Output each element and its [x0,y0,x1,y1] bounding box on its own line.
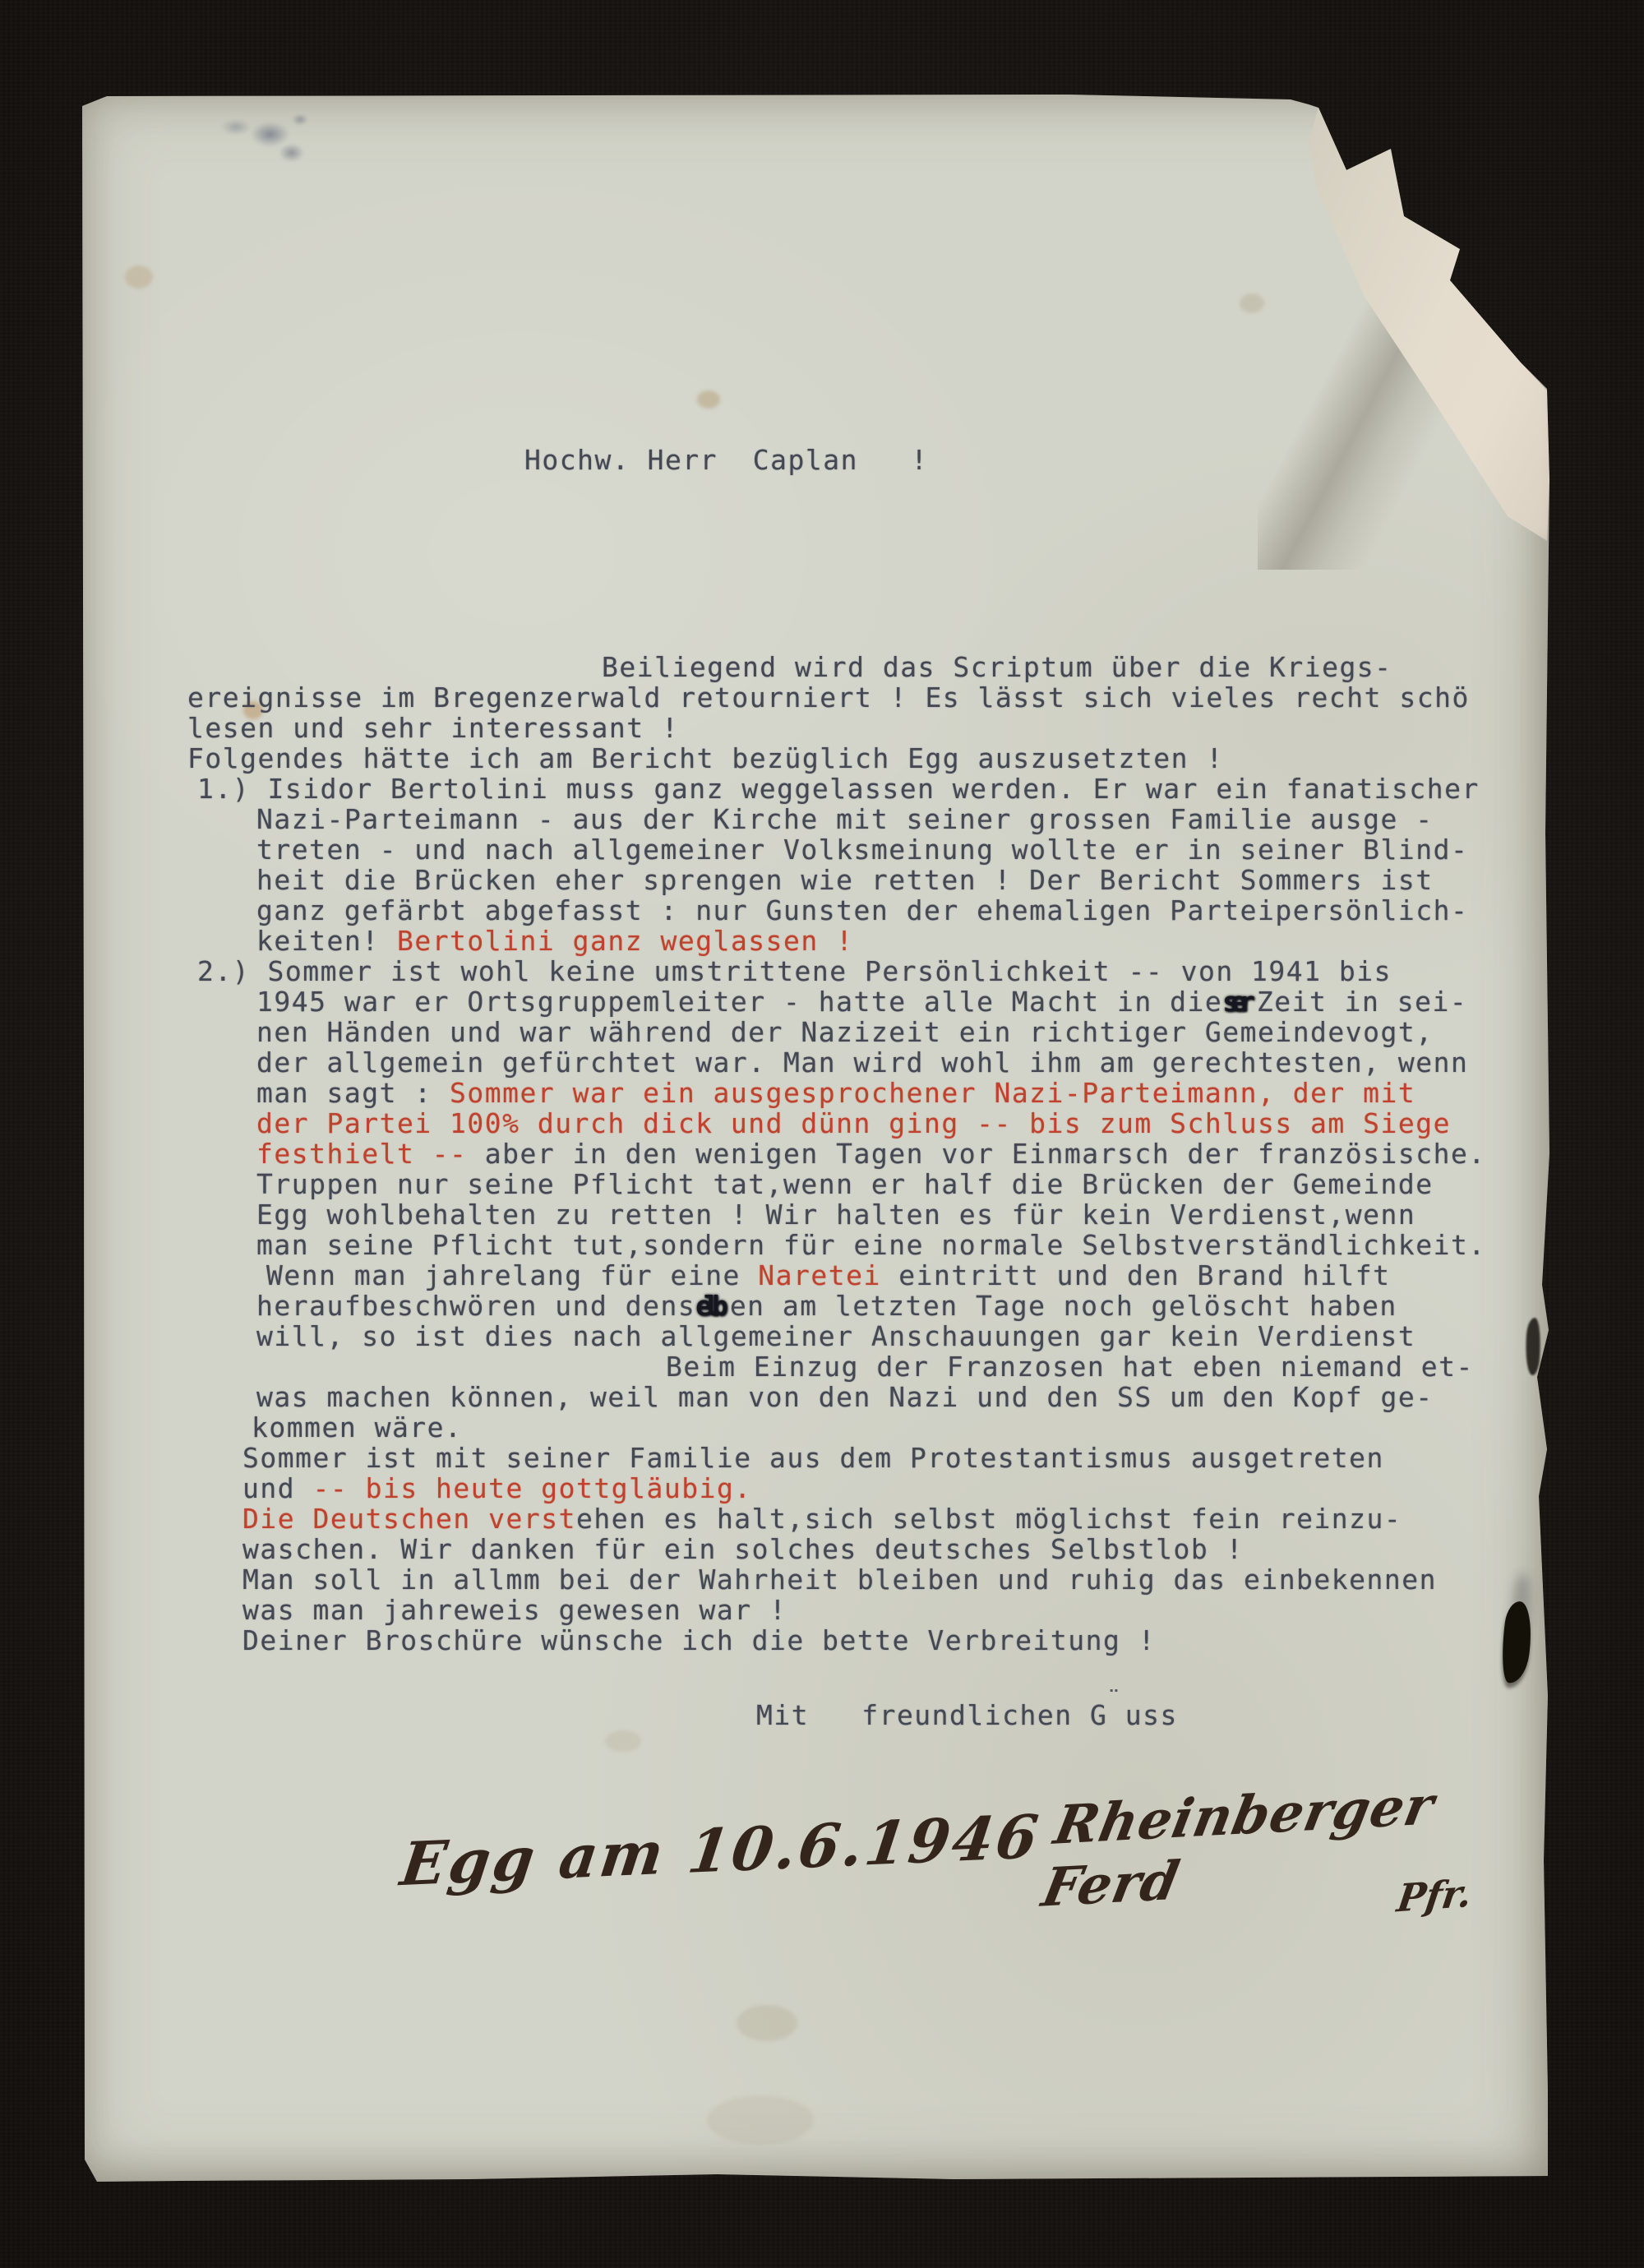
typed-line: Egg wohlbehalten zu retten ! Wir halten … [187,1199,1552,1230]
typed-text-segment: aber in den wenigen Tagen vor Einmarsch … [485,1138,1486,1170]
typed-line: Wenn man jahrelang für eine Naretei eint… [187,1260,1552,1291]
handwritten-signature: Rheinberger Ferd [1037,1768,1562,1919]
typed-line: was machen können, weil man von den Nazi… [187,1382,1552,1412]
typed-line: kommen wäre. [187,1412,1552,1443]
typed-text-segment: ehen es halt,sich selbst möglichst fein … [576,1503,1402,1535]
typed-line: lesen und sehr interessant ! [187,713,1552,743]
typed-line: will, so ist dies nach allgemeiner Ansch… [187,1321,1552,1351]
typed-text-segment: will, so ist dies nach allgemeiner Ansch… [256,1320,1415,1352]
typed-line: ereignisse im Bregenzerwald retourniert … [187,682,1552,713]
typed-text-segment: man seine Pflicht tut,sondern für eine n… [256,1229,1486,1261]
typed-text-segment: Truppen nur seine Pflicht tat,wenn er ha… [256,1168,1434,1200]
typed-text-segment: lesen und sehr interessant ! [187,712,679,744]
typed-line: der allgemein gefürchtet war. Man wird w… [187,1047,1552,1078]
typed-text-segment: waschen. Wir danken für ein solches deut… [242,1533,1244,1565]
typed-line: und -- bis heute gottgläubig. [187,1473,1552,1504]
salutation: Hochw. Herr Caplan ! [524,445,928,475]
paper-stain [737,2005,797,2041]
typed-text-segment: kommen wäre. [252,1411,462,1443]
typed-line: keiten! Bertolini ganz weglassen ! [187,926,1552,956]
typed-text-segment: Deiner Broschüre wünsche ich die bette V… [242,1624,1156,1656]
ink-smudge [204,101,311,175]
typed-line: Truppen nur seine Pflicht tat,wenn er ha… [187,1169,1552,1199]
typed-text-segment: nen Händen und war während der Nazizeit … [256,1016,1434,1048]
ink-overstrike-segment: elb [695,1290,730,1322]
typed-text-red-segment: Die Deutschen verst [242,1503,576,1535]
typed-text-red-segment: festhielt -- [256,1138,485,1170]
typed-line: waschen. Wir danken für ein solches deut… [187,1534,1552,1564]
typed-text-segment: treten - und nach allgemeiner Volksmeinu… [256,834,1468,866]
typed-line: Beim Einzug der Franzosen hat eben niema… [187,1351,1552,1382]
typed-line: 1.) Isidor Bertolini muss ganz weggelass… [187,774,1552,804]
typed-text-segment: heraufbeschwören und dens [256,1290,695,1322]
typed-text-segment: en am letzten Tage noch gelöscht haben [730,1290,1397,1322]
typed-line: heraufbeschwören und denselben am letzte… [187,1291,1552,1321]
typed-line: Man soll in allmm bei der Wahrheit bleib… [187,1564,1552,1595]
typed-text-segment: Zeit in sei- [1257,986,1467,1018]
typed-line: Deiner Broschüre wünsche ich die bette V… [187,1625,1552,1656]
handwritten-signature-suffix: Pfr. [1394,1871,1475,1921]
typed-text-segment: was man jahreweis gewesen war ! [242,1594,787,1626]
typed-line: festhielt -- aber in den wenigen Tagen v… [187,1139,1552,1169]
typed-text-segment: Beiliegend wird das Scriptum über die Kr… [602,651,1392,683]
typed-text-red-segment: der Partei 100% durch dick und dünn ging… [256,1107,1451,1139]
typed-text-segment: Man soll in allmm bei der Wahrheit bleib… [242,1564,1437,1596]
typed-text-segment: Sommer ist mit seiner Familie aus dem Pr… [242,1442,1384,1474]
typed-text-red-segment: Sommer war ein ausgesprochener Nazi-Part… [450,1077,1415,1109]
typed-text-segment: Beim Einzug der Franzosen hat eben niema… [666,1351,1474,1383]
typed-text-segment: was machen können, weil man von den Nazi… [256,1381,1434,1413]
paper-stain [125,266,153,289]
typed-line: man sagt : Sommer war ein ausgesprochene… [187,1078,1552,1108]
paper-stain [1240,293,1264,313]
typed-text-segment: keiten! [256,925,397,957]
letter-body: Beiliegend wird das Scriptum über die Kr… [187,652,1552,1656]
typed-line: treten - und nach allgemeiner Volksmeinu… [187,834,1552,865]
typed-text-segment: 1.) Isidor Bertolini muss ganz weggelass… [197,773,1480,805]
typed-line: 2.) Sommer ist wohl keine umstrittene Pe… [187,956,1552,986]
typed-text-segment: ganz gefärbt abgefasst : nur Gunsten der… [256,894,1468,926]
overtyped-umlaut-mark: ¨ [1106,1686,1121,1715]
typed-text-segment: der allgemein gefürchtet war. Man wird w… [256,1046,1468,1079]
typed-line: Beiliegend wird das Scriptum über die Kr… [187,652,1552,682]
typed-text-segment: man sagt : [256,1077,450,1109]
typed-text-segment: Egg wohlbehalten zu retten ! Wir halten … [256,1199,1415,1231]
paper-stain [605,1730,641,1752]
typed-text-segment: Folgendes hätte ich am Bericht bezüglich… [187,742,1224,774]
typed-line: Nazi-Parteimann - aus der Kirche mit sei… [187,804,1552,834]
typed-line: Die Deutschen verstehen es halt,sich sel… [187,1504,1552,1534]
typed-line: Folgendes hätte ich am Bericht bezüglich… [187,743,1552,774]
paper-stain [697,390,720,409]
typed-text-segment: 2.) Sommer ist wohl keine umstrittene Pe… [197,955,1392,987]
typed-text-segment: heit die Brücken eher sprengen wie rette… [256,864,1434,896]
typed-text-segment: Wenn man jahrelang für eine [266,1259,758,1291]
paper-stain [707,2095,814,2145]
typed-text-segment: und [242,1472,312,1504]
typed-text-red-segment: Naretei [758,1259,881,1291]
typed-text-red-segment: -- bis heute gottgläubig. [312,1472,751,1504]
typed-text-segment: ereignisse im Bregenzerwald retourniert … [187,681,1470,714]
scan-background: Hochw. Herr Caplan ! Beiliegend wird das… [0,0,1644,2268]
typed-line: ganz gefärbt abgefasst : nur Gunsten der… [187,895,1552,926]
letter-paper: Hochw. Herr Caplan ! Beiliegend wird das… [82,93,1549,2183]
typed-line: der Partei 100% durch dick und dünn ging… [187,1108,1552,1139]
typed-line: 1945 war er Ortsgruppemleiter - hatte al… [187,986,1552,1017]
typed-text-red-segment: Bertolini ganz weglassen ! [397,925,854,957]
typed-line: was man jahreweis gewesen war ! [187,1595,1552,1625]
handwritten-date: Egg am 10.6.1946 [397,1801,1045,1899]
typed-line: heit die Brücken eher sprengen wie rette… [187,865,1552,895]
typed-text-segment: Nazi-Parteimann - aus der Kirche mit sei… [256,803,1434,835]
typed-line: man seine Pflicht tut,sondern für eine n… [187,1230,1552,1260]
typed-text-segment: eintritt und den Brand hilft [881,1259,1391,1291]
typed-text-segment: 1945 war er Ortsgruppemleiter - hatte al… [256,986,1222,1018]
typed-line: Sommer ist mit seiner Familie aus dem Pr… [187,1443,1552,1473]
typed-line: nen Händen und war während der Nazizeit … [187,1017,1552,1047]
folded-corner [1274,93,1549,553]
ink-overstrike-segment: ser [1222,986,1257,1018]
